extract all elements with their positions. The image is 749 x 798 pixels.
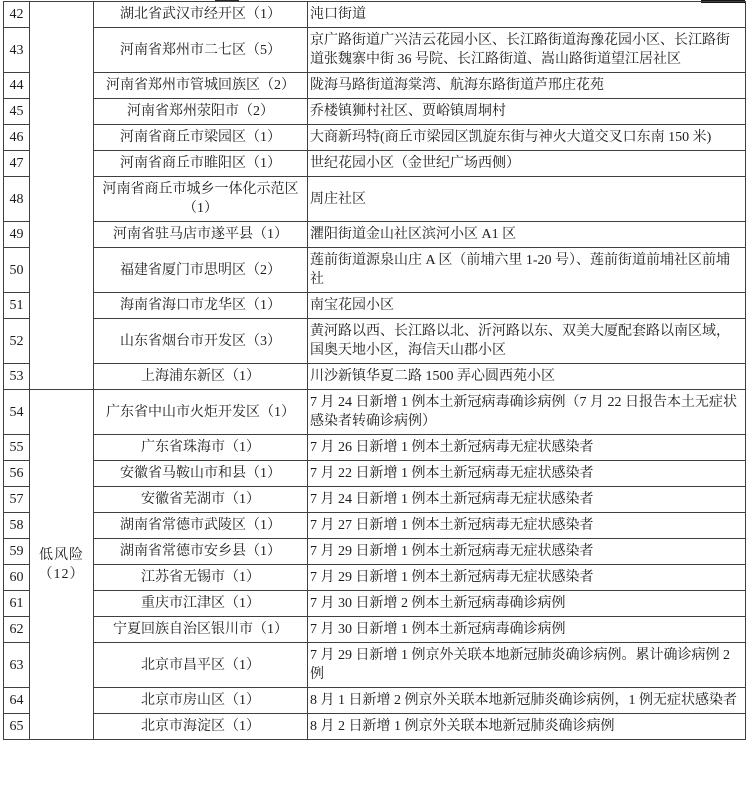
table-row: 48 河南省商丘市城乡一体化示范区（1） 周庄社区 xyxy=(4,177,746,222)
row-number-cell: 52 xyxy=(4,319,30,364)
row-number-cell: 44 xyxy=(4,73,30,99)
table-row: 64 北京市房山区（1） 8 月 1 日新增 2 例京外关联本地新冠肺炎确诊病例… xyxy=(4,688,746,714)
region-cell: 湖南省常德市武陵区（1） xyxy=(94,513,308,539)
row-number-cell: 45 xyxy=(4,99,30,125)
region-cell: 河南省郑州荥阳市（2） xyxy=(94,99,308,125)
detail-cell: 7 月 26 日新增 1 例本土新冠病毒无症状感染者 xyxy=(308,435,746,461)
table-row: 62 宁夏回族自治区银川市（1） 7 月 30 日新增 1 例本土新冠病毒确诊病… xyxy=(4,617,746,643)
detail-cell: 7 月 22 日新增 1 例本土新冠病毒无症状感染者 xyxy=(308,461,746,487)
detail-cell: 南宝花园小区 xyxy=(308,293,746,319)
region-cell: 安徽省马鞍山市和县（1） xyxy=(94,461,308,487)
row-number-cell: 50 xyxy=(4,248,30,293)
region-cell: 河南省驻马店市遂平县（1） xyxy=(94,222,308,248)
table-row: 54 低风险 （12）广东省中山市火炬开发区（1） 7 月 24 日新增 1 例… xyxy=(4,390,746,435)
table-row: 59 湖南省常德市安乡县（1） 7 月 29 日新增 1 例本土新冠病毒无症状感… xyxy=(4,539,746,565)
region-cell: 安徽省芜湖市（1） xyxy=(94,487,308,513)
row-number-cell: 62 xyxy=(4,617,30,643)
region-cell: 海南省海口市龙华区（1） xyxy=(94,293,308,319)
detail-cell: 京广路街道广兴洁云花园小区、长江路街道海豫花园小区、长江路街道张魏寨中街 36 … xyxy=(308,28,746,73)
row-number-cell: 54 xyxy=(4,390,30,435)
region-cell: 广东省中山市火炬开发区（1） xyxy=(94,390,308,435)
row-number-cell: 58 xyxy=(4,513,30,539)
table-row: 55 广东省珠海市（1） 7 月 26 日新增 1 例本土新冠病毒无症状感染者 xyxy=(4,435,746,461)
detail-cell: 7 月 29 日新增 1 例本土新冠病毒无症状感染者 xyxy=(308,565,746,591)
table-row: 61 重庆市江津区（1） 7 月 30 日新增 2 例本土新冠病毒确诊病例 xyxy=(4,591,746,617)
region-cell: 江苏省无锡市（1） xyxy=(94,565,308,591)
table-row: 51 海南省海口市龙华区（1） 南宝花园小区 xyxy=(4,293,746,319)
detail-cell: 7 月 30 日新增 1 例本土新冠病毒确诊病例 xyxy=(308,617,746,643)
detail-cell: 8 月 2 日新增 1 例京外关联本地新冠肺炎确诊病例 xyxy=(308,714,746,740)
row-number-cell: 47 xyxy=(4,151,30,177)
risk-area-table: 42 湖北省武汉市经开区（1） 沌口街道 43 河南省郑州市二七区（5） 京广路… xyxy=(3,1,746,740)
detail-cell: 灈阳街道金山社区滨河小区 A1 区 xyxy=(308,222,746,248)
table-row: 42 湖北省武汉市经开区（1） 沌口街道 xyxy=(4,2,746,28)
detail-cell: 8 月 1 日新增 2 例京外关联本地新冠肺炎确诊病例，1 例无症状感染者 xyxy=(308,688,746,714)
region-cell: 北京市房山区（1） xyxy=(94,688,308,714)
region-cell: 重庆市江津区（1） xyxy=(94,591,308,617)
row-number-cell: 57 xyxy=(4,487,30,513)
region-cell: 湖南省常德市安乡县（1） xyxy=(94,539,308,565)
region-cell: 河南省郑州市二七区（5） xyxy=(94,28,308,73)
detail-cell: 7 月 24 日新增 1 例本土新冠病毒确诊病例（7 月 22 日报告本土无症状… xyxy=(308,390,746,435)
row-number-cell: 48 xyxy=(4,177,30,222)
risk-table-body: 42 湖北省武汉市经开区（1） 沌口街道 43 河南省郑州市二七区（5） 京广路… xyxy=(4,2,746,740)
row-number-cell: 46 xyxy=(4,125,30,151)
detail-cell: 7 月 24 日新增 1 例本土新冠病毒无症状感染者 xyxy=(308,487,746,513)
row-number-cell: 55 xyxy=(4,435,30,461)
risk-area-document-page: 42 湖北省武汉市经开区（1） 沌口街道 43 河南省郑州市二七区（5） 京广路… xyxy=(0,0,749,798)
detail-cell: 沌口街道 xyxy=(308,2,746,28)
detail-cell: 周庄社区 xyxy=(308,177,746,222)
row-number-cell: 43 xyxy=(4,28,30,73)
region-cell: 广东省珠海市（1） xyxy=(94,435,308,461)
region-cell: 北京市昌平区（1） xyxy=(94,643,308,688)
table-row: 65 北京市海淀区（1） 8 月 2 日新增 1 例京外关联本地新冠肺炎确诊病例 xyxy=(4,714,746,740)
table-row: 52 山东省烟台市开发区（3） 黄河路以西、长江路以北、沂河路以东、双美大厦配套… xyxy=(4,319,746,364)
table-row: 44 河南省郑州市管城回族区（2） 陇海马路街道海棠湾、航海东路街道芦邢庄花苑 xyxy=(4,73,746,99)
row-number-cell: 49 xyxy=(4,222,30,248)
region-cell: 河南省商丘市梁园区（1） xyxy=(94,125,308,151)
risk-group-label: 低风险 （12） xyxy=(30,390,94,740)
table-row: 46 河南省商丘市梁园区（1） 大商新玛特(商丘市梁园区凯旋东街与神火大道交叉口… xyxy=(4,125,746,151)
row-number-cell: 56 xyxy=(4,461,30,487)
row-number-cell: 64 xyxy=(4,688,30,714)
table-row: 53 上海浦东新区（1） 川沙新镇华夏二路 1500 弄心圆西苑小区 xyxy=(4,364,746,390)
detail-cell: 7 月 29 日新增 1 例京外关联本地新冠肺炎确诊病例。累计确诊病例 2 例 xyxy=(308,643,746,688)
row-number-cell: 42 xyxy=(4,2,30,28)
region-cell: 河南省郑州市管城回族区（2） xyxy=(94,73,308,99)
row-number-cell: 53 xyxy=(4,364,30,390)
detail-cell: 莲前街道源泉山庄 A 区（前埔六里 1-20 号）、莲前街道前埔社区前埔社 xyxy=(308,248,746,293)
table-row: 56 安徽省马鞍山市和县（1） 7 月 22 日新增 1 例本土新冠病毒无症状感… xyxy=(4,461,746,487)
detail-cell: 7 月 30 日新增 2 例本土新冠病毒确诊病例 xyxy=(308,591,746,617)
region-cell: 河南省商丘市城乡一体化示范区（1） xyxy=(94,177,308,222)
table-row: 58 湖南省常德市武陵区（1） 7 月 27 日新增 1 例本土新冠病毒无症状感… xyxy=(4,513,746,539)
region-cell: 湖北省武汉市经开区（1） xyxy=(94,2,308,28)
region-cell: 山东省烟台市开发区（3） xyxy=(94,319,308,364)
detail-cell: 川沙新镇华夏二路 1500 弄心圆西苑小区 xyxy=(308,364,746,390)
table-row: 47 河南省商丘市睢阳区（1） 世纪花园小区（金世纪广场西侧） xyxy=(4,151,746,177)
table-row: 43 河南省郑州市二七区（5） 京广路街道广兴洁云花园小区、长江路街道海豫花园小… xyxy=(4,28,746,73)
row-number-cell: 60 xyxy=(4,565,30,591)
row-number-cell: 63 xyxy=(4,643,30,688)
detail-cell: 乔楼镇狮村社区、贾峪镇周垌村 xyxy=(308,99,746,125)
detail-cell: 黄河路以西、长江路以北、沂河路以东、双美大厦配套路以南区域，国奥天地小区，海信天… xyxy=(308,319,746,364)
row-number-cell: 59 xyxy=(4,539,30,565)
region-cell: 宁夏回族自治区银川市（1） xyxy=(94,617,308,643)
table-row: 45 河南省郑州荥阳市（2） 乔楼镇狮村社区、贾峪镇周垌村 xyxy=(4,99,746,125)
row-number-cell: 65 xyxy=(4,714,30,740)
detail-cell: 世纪花园小区（金世纪广场西侧） xyxy=(308,151,746,177)
region-cell: 福建省厦门市思明区（2） xyxy=(94,248,308,293)
row-number-cell: 51 xyxy=(4,293,30,319)
row-number-cell: 61 xyxy=(4,591,30,617)
region-cell: 上海浦东新区（1） xyxy=(94,364,308,390)
table-row: 50 福建省厦门市思明区（2） 莲前街道源泉山庄 A 区（前埔六里 1-20 号… xyxy=(4,248,746,293)
table-row: 60 江苏省无锡市（1） 7 月 29 日新增 1 例本土新冠病毒无症状感染者 xyxy=(4,565,746,591)
detail-cell: 7 月 29 日新增 1 例本土新冠病毒无症状感染者 xyxy=(308,539,746,565)
region-cell: 北京市海淀区（1） xyxy=(94,714,308,740)
risk-group-label xyxy=(30,2,94,390)
table-row: 63 北京市昌平区（1） 7 月 29 日新增 1 例京外关联本地新冠肺炎确诊病… xyxy=(4,643,746,688)
region-cell: 河南省商丘市睢阳区（1） xyxy=(94,151,308,177)
detail-cell: 大商新玛特(商丘市梁园区凯旋东街与神火大道交叉口东南 150 米) xyxy=(308,125,746,151)
table-row: 57 安徽省芜湖市（1） 7 月 24 日新增 1 例本土新冠病毒无症状感染者 xyxy=(4,487,746,513)
table-row: 49 河南省驻马店市遂平县（1） 灈阳街道金山社区滨河小区 A1 区 xyxy=(4,222,746,248)
detail-cell: 陇海马路街道海棠湾、航海东路街道芦邢庄花苑 xyxy=(308,73,746,99)
detail-cell: 7 月 27 日新增 1 例本土新冠病毒无症状感染者 xyxy=(308,513,746,539)
